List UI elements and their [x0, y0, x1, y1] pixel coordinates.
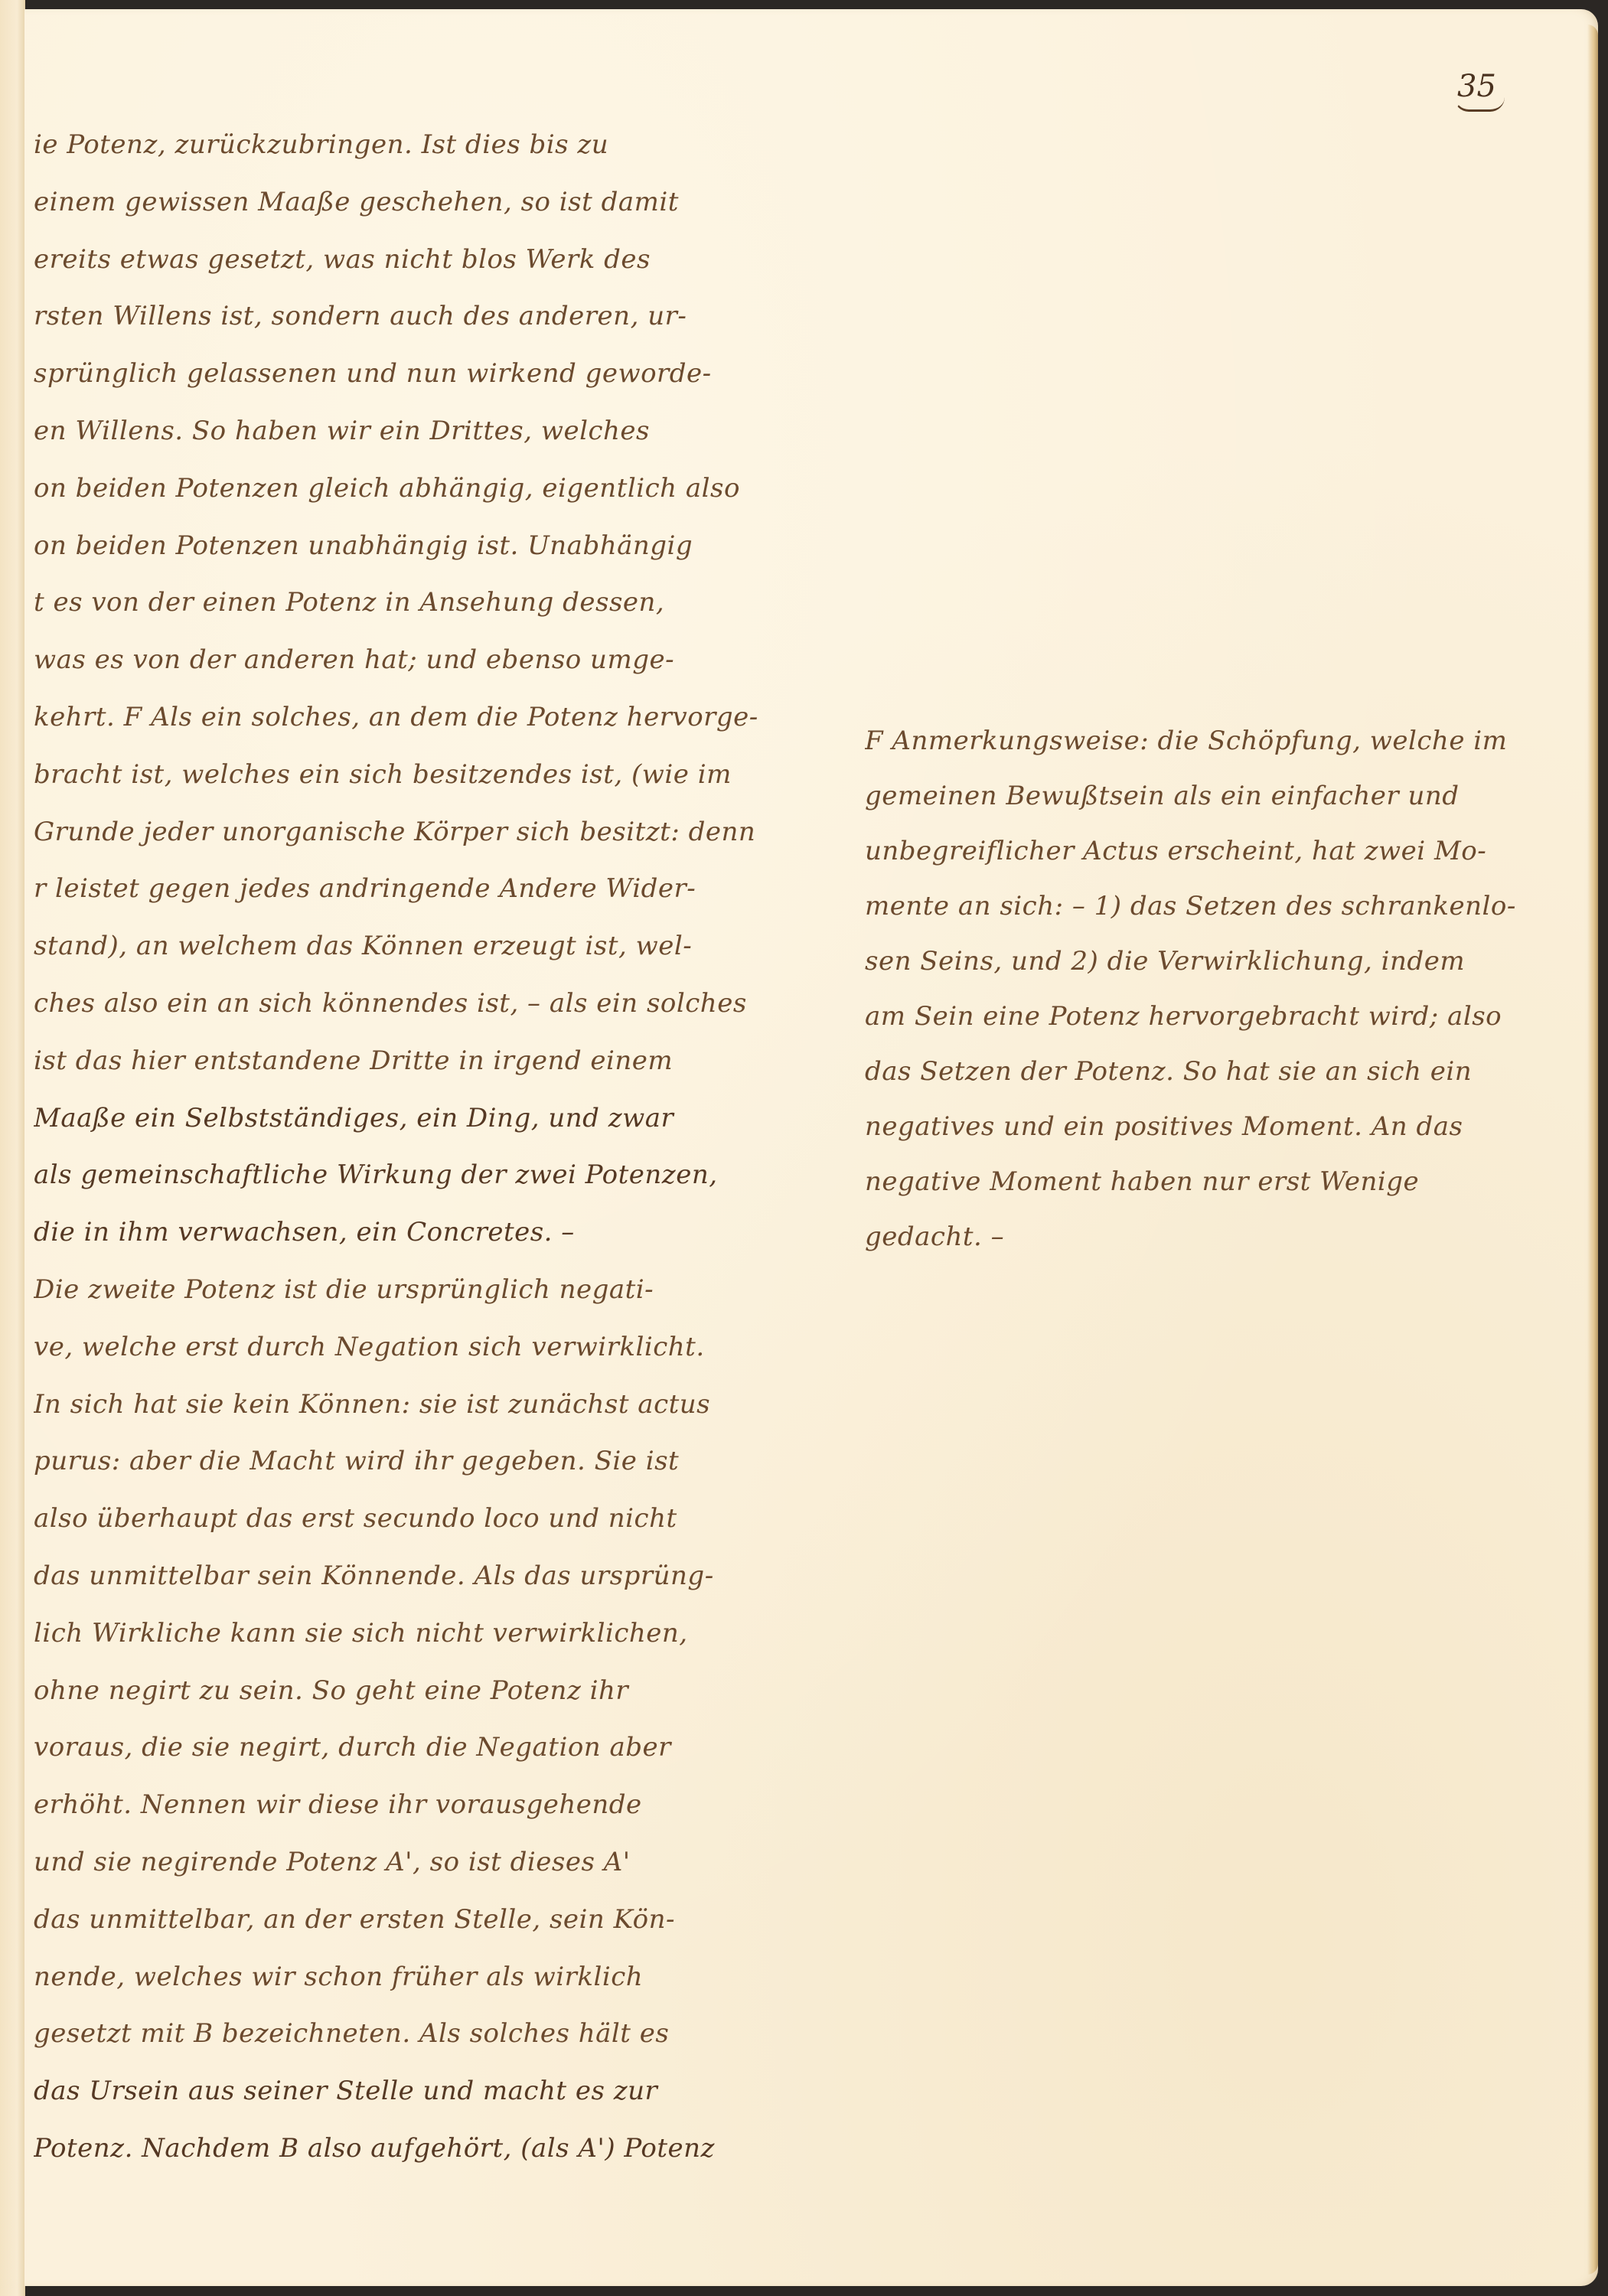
text-line: Grunde jeder unorganische Körper sich be… — [34, 804, 830, 861]
text-line: einem gewissen Maaße geschehen, so ist d… — [34, 174, 830, 231]
text-line: voraus, die sie negirt, durch die Negati… — [34, 1719, 830, 1776]
text-line: ereits etwas gesetzt, was nicht blos Wer… — [34, 231, 830, 289]
note-line: F Anmerkungsweise: die Schöpfung, welche… — [865, 713, 1577, 768]
text-line: das Ursein aus seiner Stelle und macht e… — [34, 2063, 830, 2120]
text-line: und sie negirende Potenz A', so ist dies… — [34, 1834, 830, 1891]
text-line: Maaße ein Selbstständiges, ein Ding, und… — [34, 1090, 830, 1147]
note-line: negatives und ein positives Moment. An d… — [865, 1099, 1577, 1154]
text-line: sprünglich gelassenen und nun wirkend ge… — [34, 345, 830, 403]
note-line: unbegreiflicher Actus erscheint, hat zwe… — [865, 823, 1577, 879]
page-edge — [1587, 24, 1598, 2275]
text-line: ve, welche erst durch Negation sich verw… — [34, 1319, 830, 1376]
text-line-with-footnote-marker: kehrt. F Als ein solches, an dem die Pot… — [34, 689, 830, 746]
text-line: ohne negirt zu sein. So geht eine Potenz… — [34, 1662, 830, 1720]
text-fragment: F Als ein solches, an dem die Potenz her… — [124, 702, 758, 732]
note-line: gemeinen Bewußtsein als ein einfacher un… — [865, 768, 1577, 823]
text-line: die in ihm verwachsen, ein Concretes. – — [34, 1204, 830, 1261]
text-line: nende, welches wir schon früher als wirk… — [34, 1949, 830, 2006]
text-line: Die zweite Potenz ist die ursprünglich n… — [34, 1261, 830, 1319]
text-line: ches also ein an sich könnendes ist, – a… — [34, 975, 830, 1032]
text-line: erhöht. Nennen wir diese ihr vorausgehen… — [34, 1776, 830, 1834]
text-line: stand), an welchem das Können erzeugt is… — [34, 918, 830, 975]
note-line: negative Moment haben nur erst Wenige — [865, 1154, 1577, 1209]
text-line: t es von der einen Potenz in Ansehung de… — [34, 574, 830, 631]
text-line: In sich hat sie kein Können: sie ist zun… — [34, 1376, 830, 1433]
main-text-column: ie Potenz, zurückzubringen. Ist dies bis… — [34, 116, 830, 2177]
note-line: das Setzen der Potenz. So hat sie an sic… — [865, 1044, 1577, 1099]
text-line: gesetzt mit B bezeichneten. Als solches … — [34, 2005, 830, 2063]
text-line: r leistet gegen jedes andringende Andere… — [34, 860, 830, 918]
text-line: on beiden Potenzen gleich abhängig, eige… — [34, 460, 830, 517]
text-line: on beiden Potenzen unabhängig ist. Unabh… — [34, 517, 830, 575]
text-line: rsten Willens ist, sondern auch des ande… — [34, 288, 830, 345]
text-line: ie Potenz, zurückzubringen. Ist dies bis… — [34, 116, 830, 174]
text-line: das unmittelbar, an der ersten Stelle, s… — [34, 1891, 830, 1949]
text-line: bracht ist, welches ein sich besitzendes… — [34, 746, 830, 804]
text-fragment: kehrt. — [34, 702, 115, 732]
text-line: das unmittelbar sein Könnende. Als das u… — [34, 1548, 830, 1605]
text-line: en Willens. So haben wir ein Drittes, we… — [34, 403, 830, 460]
note-line: am Sein eine Potenz hervorgebracht wird;… — [865, 989, 1577, 1044]
note-line: gedacht. – — [865, 1209, 1577, 1264]
text-line: als gemeinschaftliche Wirkung der zwei P… — [34, 1146, 830, 1204]
text-line: Potenz. Nachdem B also aufgehört, (als A… — [34, 2120, 830, 2177]
page-number: 35 — [1457, 69, 1496, 104]
text-line: ist das hier entstandene Dritte in irgen… — [34, 1032, 830, 1090]
previous-page-edge — [0, 0, 25, 2296]
text-line: purus: aber die Macht wird ihr gegeben. … — [34, 1433, 830, 1490]
margin-note-column: F Anmerkungsweise: die Schöpfung, welche… — [865, 713, 1577, 1264]
note-line: sen Seins, und 2) die Verwirklichung, in… — [865, 934, 1577, 989]
note-line: mente an sich: – 1) das Setzen des schra… — [865, 879, 1577, 934]
manuscript-page: 35 ie Potenz, zurückzubringen. Ist dies … — [24, 9, 1598, 2286]
text-line: was es von der anderen hat; und ebenso u… — [34, 631, 830, 689]
text-line: also überhaupt das erst secundo loco und… — [34, 1490, 830, 1548]
text-line: lich Wirkliche kann sie sich nicht verwi… — [34, 1605, 830, 1662]
